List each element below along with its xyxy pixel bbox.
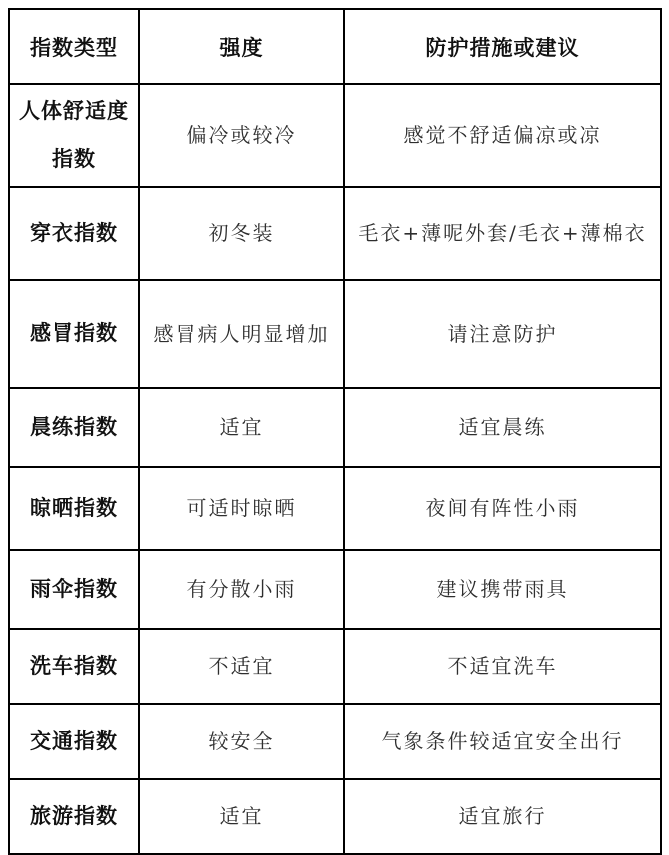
weather-indices-table: 指数类型 强度 防护措施或建议 人体舒适度指数 偏冷或较冷 感觉不舒适偏凉或凉 … (8, 8, 662, 855)
advice-cell: 建议携带雨具 (344, 550, 661, 629)
advice-cell: 毛衣+薄呢外套/毛衣+薄棉衣 (344, 187, 661, 280)
table-row: 感冒指数 感冒病人明显增加 请注意防护 (9, 280, 661, 388)
index-name-cell: 感冒指数 (9, 280, 139, 388)
index-name-cell: 交通指数 (9, 704, 139, 779)
index-name-cell: 雨伞指数 (9, 550, 139, 629)
header-cell-advice: 防护措施或建议 (344, 9, 661, 84)
intensity-cell: 偏冷或较冷 (139, 84, 344, 187)
advice-cell: 感觉不舒适偏凉或凉 (344, 84, 661, 187)
page: 指数类型 强度 防护措施或建议 人体舒适度指数 偏冷或较冷 感觉不舒适偏凉或凉 … (0, 0, 669, 855)
advice-cell: 适宜旅行 (344, 779, 661, 854)
index-name-cell: 晾晒指数 (9, 467, 139, 550)
index-name-cell: 洗车指数 (9, 629, 139, 704)
index-name-cell: 人体舒适度指数 (9, 84, 139, 187)
table-row: 交通指数 较安全 气象条件较适宜安全出行 (9, 704, 661, 779)
index-name-cell: 穿衣指数 (9, 187, 139, 280)
table-row: 人体舒适度指数 偏冷或较冷 感觉不舒适偏凉或凉 (9, 84, 661, 187)
table-row: 旅游指数 适宜 适宜旅行 (9, 779, 661, 854)
table-row: 雨伞指数 有分散小雨 建议携带雨具 (9, 550, 661, 629)
index-name-cell: 晨练指数 (9, 388, 139, 467)
header-cell-intensity: 强度 (139, 9, 344, 84)
intensity-cell: 适宜 (139, 779, 344, 854)
table-row: 洗车指数 不适宜 不适宜洗车 (9, 629, 661, 704)
table-row: 晾晒指数 可适时晾晒 夜间有阵性小雨 (9, 467, 661, 550)
intensity-cell: 初冬装 (139, 187, 344, 280)
intensity-cell: 适宜 (139, 388, 344, 467)
advice-cell: 气象条件较适宜安全出行 (344, 704, 661, 779)
intensity-cell: 可适时晾晒 (139, 467, 344, 550)
advice-cell: 适宜晨练 (344, 388, 661, 467)
table-row: 穿衣指数 初冬装 毛衣+薄呢外套/毛衣+薄棉衣 (9, 187, 661, 280)
intensity-cell: 有分散小雨 (139, 550, 344, 629)
advice-cell: 请注意防护 (344, 280, 661, 388)
index-name-cell: 旅游指数 (9, 779, 139, 854)
intensity-cell: 不适宜 (139, 629, 344, 704)
table-row: 晨练指数 适宜 适宜晨练 (9, 388, 661, 467)
intensity-cell: 感冒病人明显增加 (139, 280, 344, 388)
advice-cell: 夜间有阵性小雨 (344, 467, 661, 550)
header-cell-index-type: 指数类型 (9, 9, 139, 84)
intensity-cell: 较安全 (139, 704, 344, 779)
advice-cell: 不适宜洗车 (344, 629, 661, 704)
header-row: 指数类型 强度 防护措施或建议 (9, 9, 661, 84)
